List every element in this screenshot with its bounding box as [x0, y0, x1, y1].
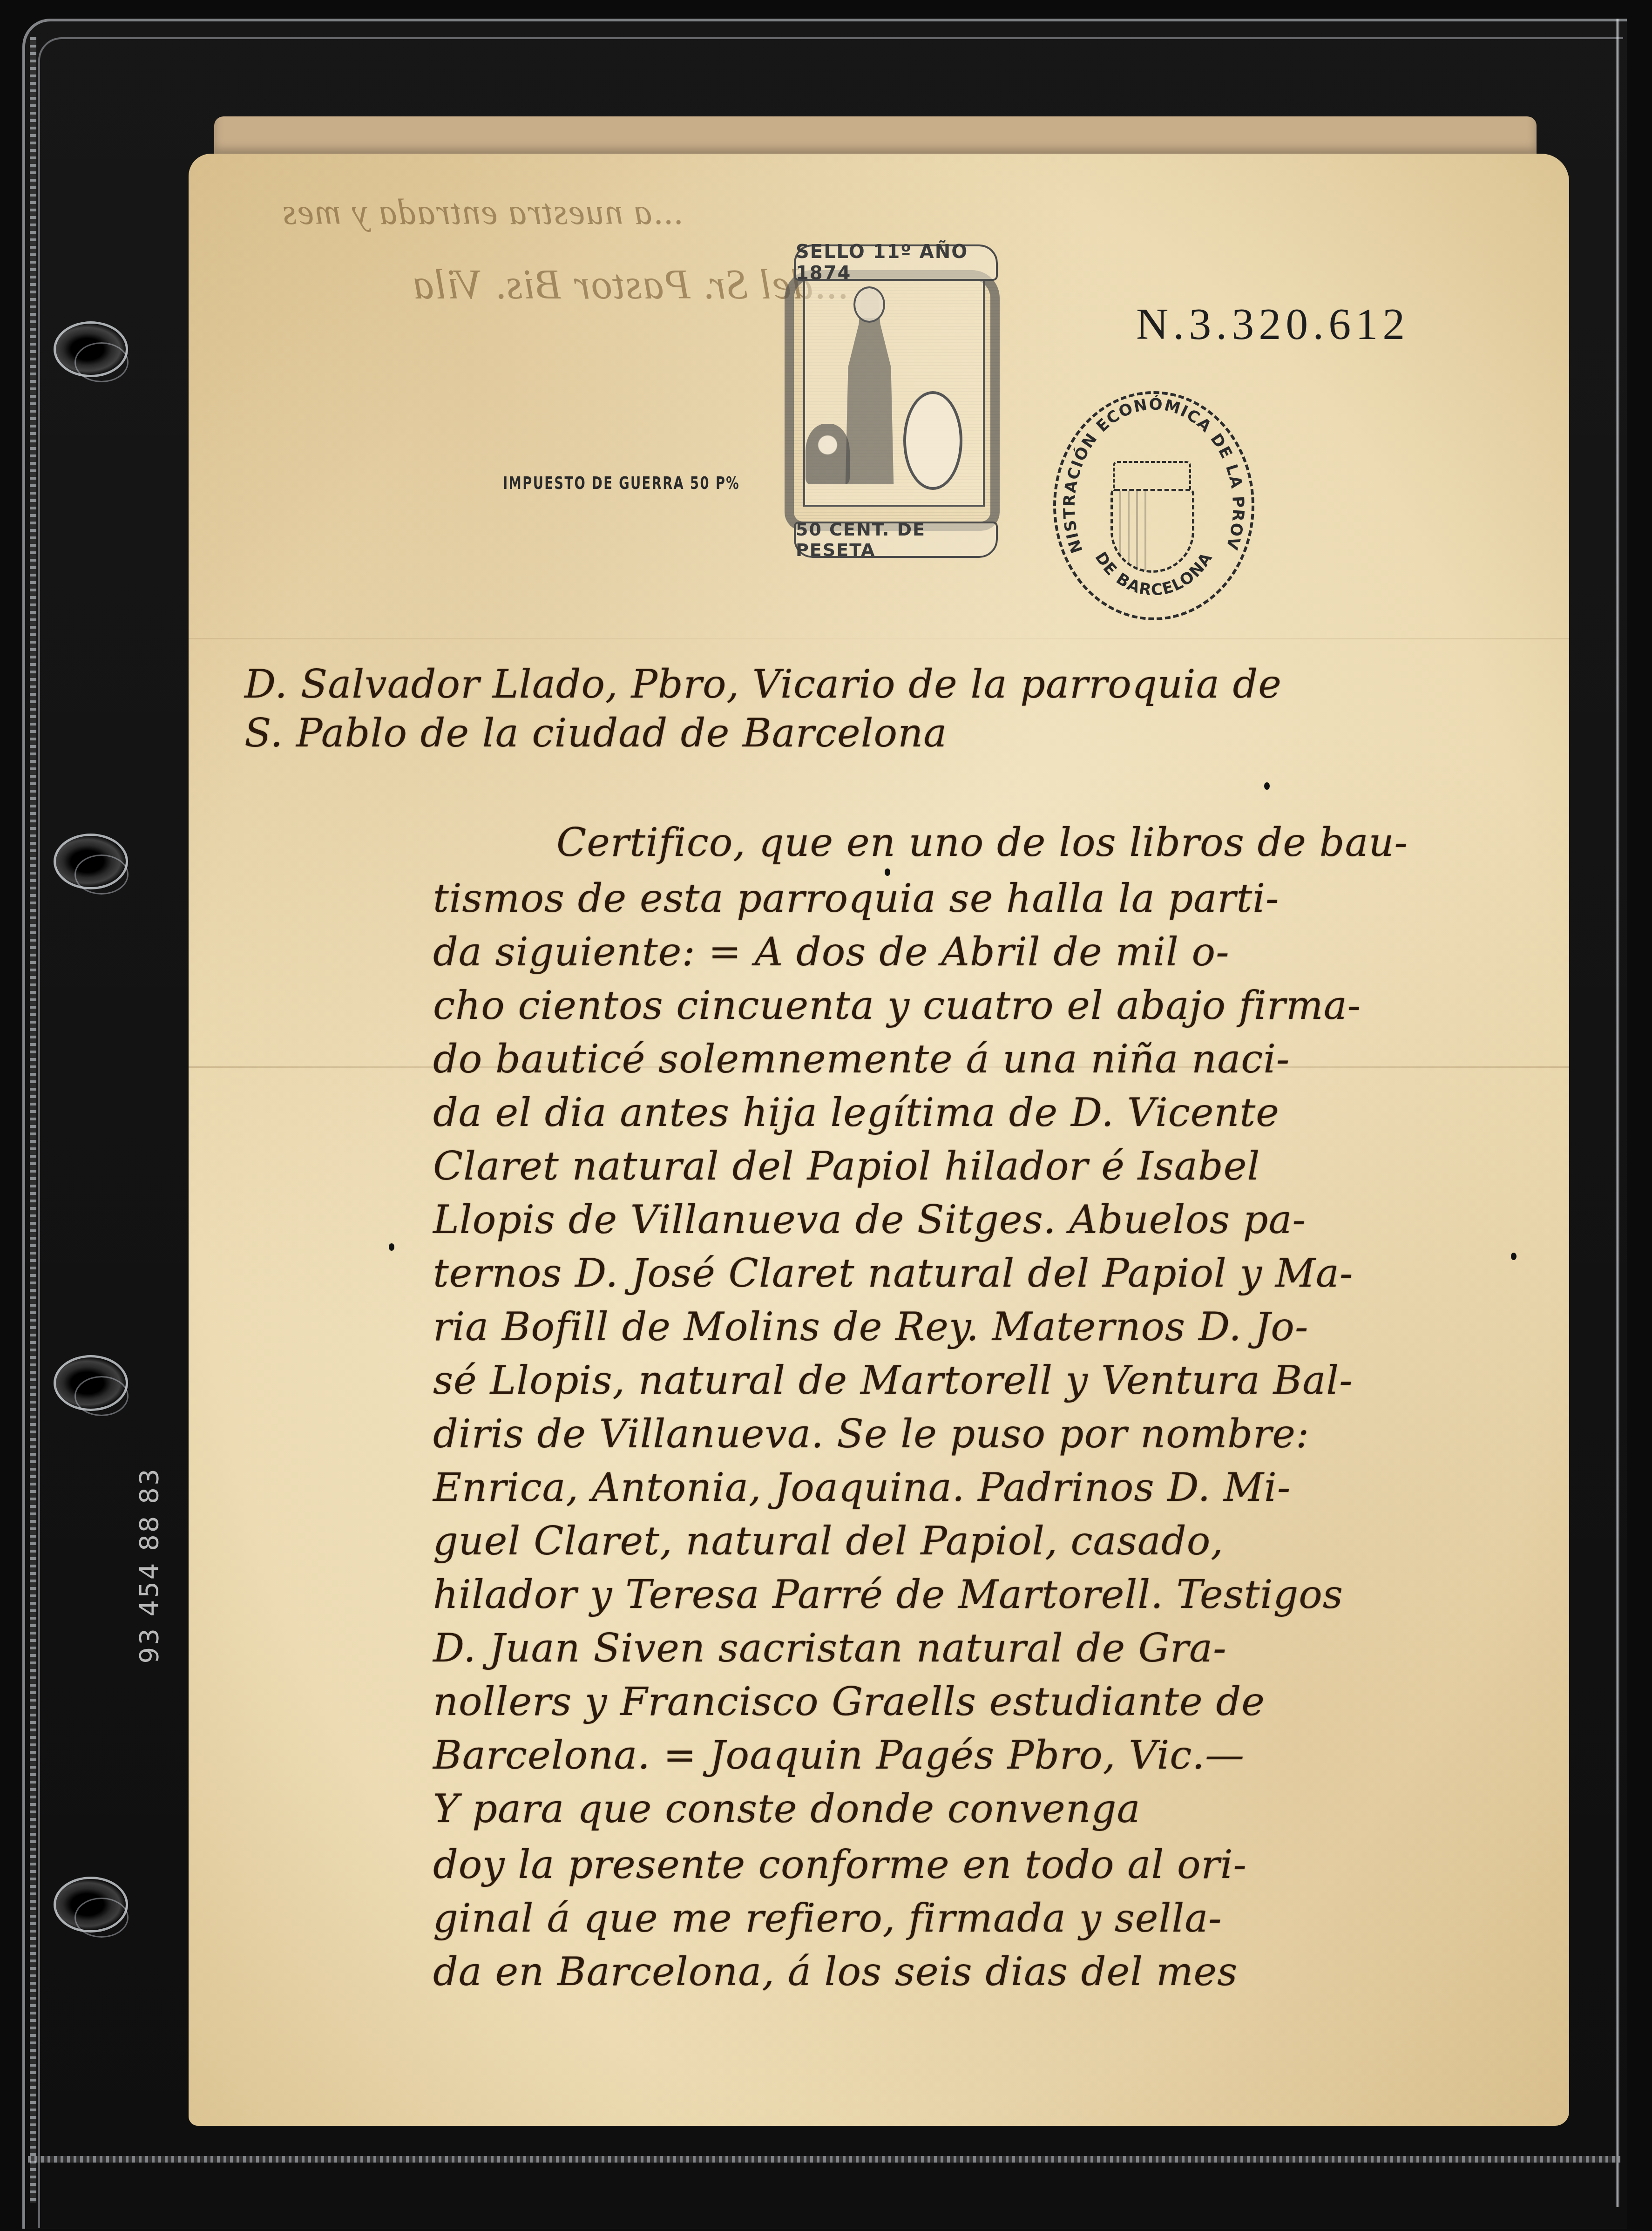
serial-number: N.3.320.612 [1136, 298, 1409, 350]
body-line: da siguiente: = A dos de Abril de mil o- [433, 929, 1230, 975]
stamp-year-banner: SELLO 11º AÑO 1874 [794, 244, 998, 281]
body-line: tismos de esta parroquia se halla la par… [433, 875, 1279, 921]
body-line: Y para que conste donde convenga [433, 1786, 1141, 1831]
ink-dot [389, 1243, 394, 1251]
stamp-value-banner: 50 CENT. DE PESETA [794, 522, 998, 558]
body-line: Llopis de Villanueva de Sitges. Abuelos … [433, 1197, 1306, 1242]
body-line: sé Llopis, natural de Martorell y Ventur… [433, 1357, 1353, 1403]
body-line: nollers y Francisco Graells estudiante d… [433, 1679, 1265, 1724]
war-tax-overprint: IMPUESTO DE GUERRA 50 P% [503, 473, 740, 493]
shield-icon [903, 391, 962, 490]
figure-head-icon [853, 286, 885, 323]
body-line: hilador y Teresa Parré de Martorell. Tes… [433, 1572, 1343, 1617]
ink-dot [1511, 1253, 1517, 1260]
body-line: Enrica, Antonia, Joaquina. Padrinos D. M… [433, 1465, 1291, 1510]
header-line: D. Salvador Llado, Pbro, Vicario de la p… [244, 661, 1282, 707]
sleeve-bottom-edge [28, 2156, 1620, 2163]
body-line: Certifico, que en uno de los libros de b… [556, 820, 1408, 865]
body-line: guel Claret, natural del Papiol, casado, [433, 1518, 1224, 1564]
sleeve-catalog-number: 93 454 88 83 [134, 1478, 164, 1664]
body-line: Barcelona. = Joaquin Pagés Pbro, Vic.— [433, 1732, 1245, 1778]
body-line: cho cientos cincuenta y cuatro el abajo … [433, 983, 1361, 1028]
body-line: Claret natural del Papiol hilador é Isab… [433, 1143, 1260, 1189]
body-line: do bauticé solemnemente á una niña naci- [433, 1036, 1290, 1082]
fold-crease [189, 638, 1569, 639]
revenue-stamp: SELLO 11º AÑO 1874 50 CENT. DE PESETA [785, 219, 1003, 563]
bleed-through-text: ...del Sr. Pastor Bis. Vila [412, 261, 847, 309]
crest-shield-icon [1110, 489, 1194, 573]
sleeve-right-edge [1616, 19, 1619, 2207]
binder-hole-icon [54, 1355, 128, 1411]
body-line: D. Juan Siven sacristan natural de Gra- [433, 1625, 1227, 1671]
body-line: doy la presente conforme en todo al ori- [433, 1842, 1247, 1887]
sleeve-perforated-rail [30, 37, 36, 2203]
body-line: ria Bofill de Molins de Rey. Maternos D.… [433, 1304, 1308, 1349]
coat-of-arms-icon [1104, 461, 1197, 568]
lion-icon [806, 424, 850, 484]
bleed-through-text: ...a nuestra entrada y mes [282, 191, 682, 233]
body-line: diris de Villanueva. Se le puso por nomb… [433, 1411, 1309, 1457]
body-line: da en Barcelona, á los seis dias del mes [433, 1949, 1238, 1994]
body-line: da el dia antes hija legítima de D. Vice… [433, 1090, 1280, 1135]
body-line: ginal á que me refiero, firmada y sella- [433, 1895, 1222, 1941]
crown-icon [1113, 461, 1191, 491]
ink-dot [1264, 782, 1270, 790]
body-line: ternos D. José Claret natural del Papiol… [433, 1250, 1353, 1296]
binder-hole-icon [54, 1877, 128, 1933]
binder-hole-icon [54, 321, 128, 377]
binder-hole-icon [54, 834, 128, 889]
header-line: S. Pablo de la ciudad de Barcelona [244, 710, 947, 756]
ink-dot [885, 868, 890, 876]
